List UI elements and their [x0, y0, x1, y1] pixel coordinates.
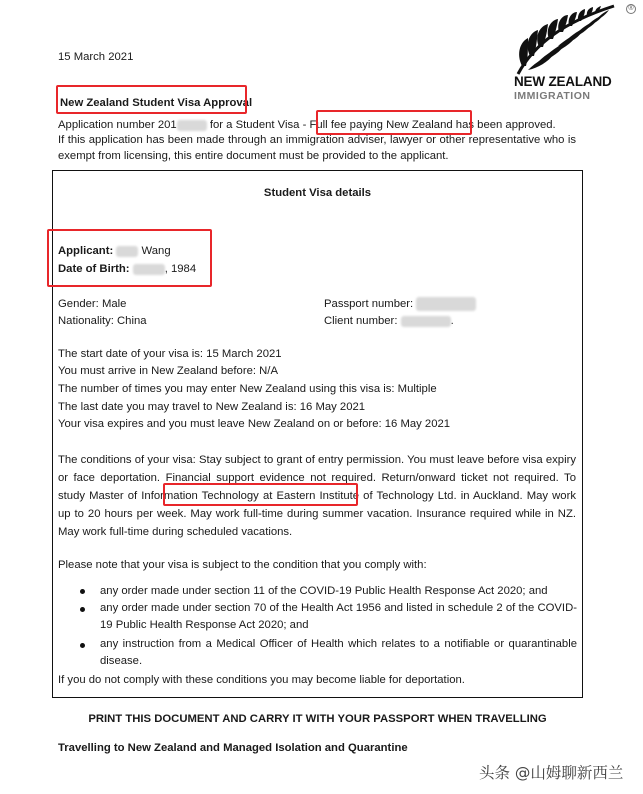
dob-label: Date of Birth:	[58, 263, 130, 275]
bullet-item-1: any order made under section 11 of the C…	[100, 582, 577, 600]
visa-type-highlighted: Full fee paying New Zealand	[309, 119, 452, 131]
details-heading: Student Visa details	[52, 185, 583, 201]
last-travel-date: The last date you may travel to New Zeal…	[58, 399, 365, 415]
redacted-application-number	[177, 120, 207, 131]
logo-brand-line1: NEW ZEALAND	[514, 74, 612, 89]
applicant-label: Applicant:	[58, 245, 113, 257]
note-intro: Please note that your visa is subject to…	[58, 557, 427, 573]
client-label: Client number:	[324, 315, 397, 327]
intro-text-a: Application number 201	[58, 119, 177, 131]
bullet-item-2: any order made under section 70 of the H…	[100, 600, 577, 634]
watermark: 头条 @山姆聊新西兰	[479, 761, 623, 783]
nationality: Nationality: China	[58, 313, 147, 329]
course-highlighted: Master of Information Technology	[89, 490, 259, 502]
passport-label: Passport number:	[324, 298, 413, 310]
intro-text-b: for a Student Visa -	[207, 119, 310, 131]
passport-row: Passport number:	[324, 296, 476, 312]
applicant-row: Applicant: Wang	[58, 243, 171, 259]
letter-date: 15 March 2021	[58, 49, 133, 65]
logo-brand-line2: IMMIGRATION	[514, 90, 590, 102]
visa-expiry: Your visa expires and you must leave New…	[58, 416, 450, 432]
trademark-symbol: ®	[626, 4, 636, 14]
bullet-dot	[80, 607, 85, 612]
dob-row: Date of Birth: , 1984	[58, 261, 196, 277]
nz-immigration-logo: ® NEW ZEALAND IMMIGRATION	[514, 4, 614, 104]
redacted-dob	[133, 264, 165, 275]
bullet-dot	[80, 643, 85, 648]
redacted-client-number	[401, 316, 451, 327]
intro-text-c: has been approved.	[453, 119, 556, 131]
print-notice: PRINT THIS DOCUMENT AND CARRY IT WITH YO…	[52, 711, 583, 727]
bullet-item-3: any instruction from a Medical Officer o…	[100, 636, 577, 670]
silver-fern-icon	[514, 4, 624, 76]
entries-allowed: The number of times you may enter New Ze…	[58, 381, 437, 397]
intro-rest: If this application has been made throug…	[58, 132, 576, 164]
redacted-first-name	[116, 246, 138, 257]
letter-title: New Zealand Student Visa Approval	[60, 95, 252, 111]
applicant-value: Wang	[142, 245, 171, 257]
visa-start-date: The start date of your visa is: 15 March…	[58, 346, 282, 362]
client-row: Client number: .	[324, 313, 454, 329]
dob-value: 1984	[171, 263, 196, 275]
closing-note: If you do not comply with these conditio…	[58, 672, 465, 688]
visa-conditions: The conditions of your visa: Stay subjec…	[58, 451, 576, 541]
section-heading-travel: Travelling to New Zealand and Managed Is…	[58, 740, 408, 756]
redacted-passport-number	[416, 297, 476, 311]
arrive-before: You must arrive in New Zealand before: N…	[58, 363, 278, 379]
gender: Gender: Male	[58, 296, 126, 312]
intro-line-1: Application number 201 for a Student Vis…	[58, 117, 556, 133]
bullet-dot	[80, 589, 85, 594]
